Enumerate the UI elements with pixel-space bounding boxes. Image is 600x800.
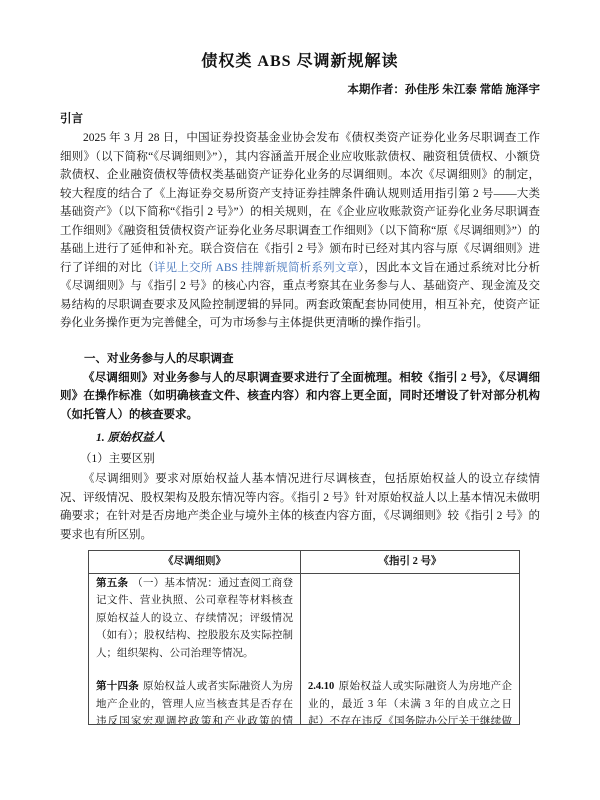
- intro-heading: 引言: [60, 110, 540, 126]
- rule-2-4-10-text: 原始权益人或实际融资人为房地产企业的，最近 3 年（未满 3 年的自成立之日起）…: [308, 681, 512, 725]
- clause-14-label: 第十四条: [96, 681, 139, 692]
- table-cell-rule-2-4-10: 2.4.10原始权益人或实际融资人为房地产企业的，最近 3 年（未满 3 年的自…: [301, 677, 519, 725]
- abs-series-article-link[interactable]: 详见上交所 ABS 挂牌新规简析系列文章: [154, 262, 359, 274]
- clause-5-text: （一）基本情况：通过查阅工商登记文件、营业执照、公司章程等材料核查原始权益人的设…: [96, 578, 293, 659]
- table-cell-clause-14: 第十四条原始权益人或者实际融资人为房地产企业的，管理人应当核查其是否存在违反国家…: [89, 677, 301, 725]
- clause-5-label: 第五条: [96, 578, 128, 589]
- table-cell-clause-5: 第五条（一）基本情况：通过查阅工商登记文件、营业执照、公司章程等材料核查原始权益…: [89, 574, 301, 678]
- table-header-zhiyin-2-hao: 《指引 2 号》: [301, 551, 519, 573]
- rule-2-4-10-label: 2.4.10: [308, 681, 334, 692]
- section-1-lead-paragraph: 《尽调细则》对业务参与人的尽职调查要求进行了全面梳理。相较《指引 2 号》，《尽…: [60, 369, 540, 425]
- author-line: 本期作者：孙佳彤 朱江泰 常皓 施泽宇: [60, 81, 540, 97]
- comparison-table-header-row: 《尽调细则》 《指引 2 号》: [89, 551, 519, 574]
- comparison-table-body: 第五条（一）基本情况：通过查阅工商登记文件、营业执照、公司章程等材料核查原始权益…: [89, 574, 519, 726]
- subsection-1-paragraph: 《尽调细则》要求对原始权益人基本情况进行尽调核查，包括原始权益人的设立存续情况、…: [60, 470, 540, 544]
- subsection-1-item-label: （1）主要区别: [60, 450, 540, 466]
- section-1-heading: 一、对业务参与人的尽职调查: [60, 350, 540, 366]
- table-header-jindiao-xize: 《尽调细则》: [89, 551, 301, 573]
- document-page: 债权类 ABS 尽调新规解读 本期作者：孙佳彤 朱江泰 常皓 施泽宇 引言 20…: [0, 0, 600, 800]
- table-cell-empty: [301, 574, 519, 678]
- page-title: 债权类 ABS 尽调新规解读: [60, 48, 540, 71]
- intro-paragraph-text-before-link: 2025 年 3 月 28 日，中国证券投资基金业协会发布《债权类资产证券化业务…: [60, 132, 540, 274]
- subsection-1-heading: 1. 原始权益人: [60, 429, 540, 445]
- comparison-table: 《尽调细则》 《指引 2 号》 第五条（一）基本情况：通过查阅工商登记文件、营业…: [88, 550, 520, 725]
- intro-paragraph: 2025 年 3 月 28 日，中国证券投资基金业协会发布《债权类资产证券化业务…: [60, 129, 540, 333]
